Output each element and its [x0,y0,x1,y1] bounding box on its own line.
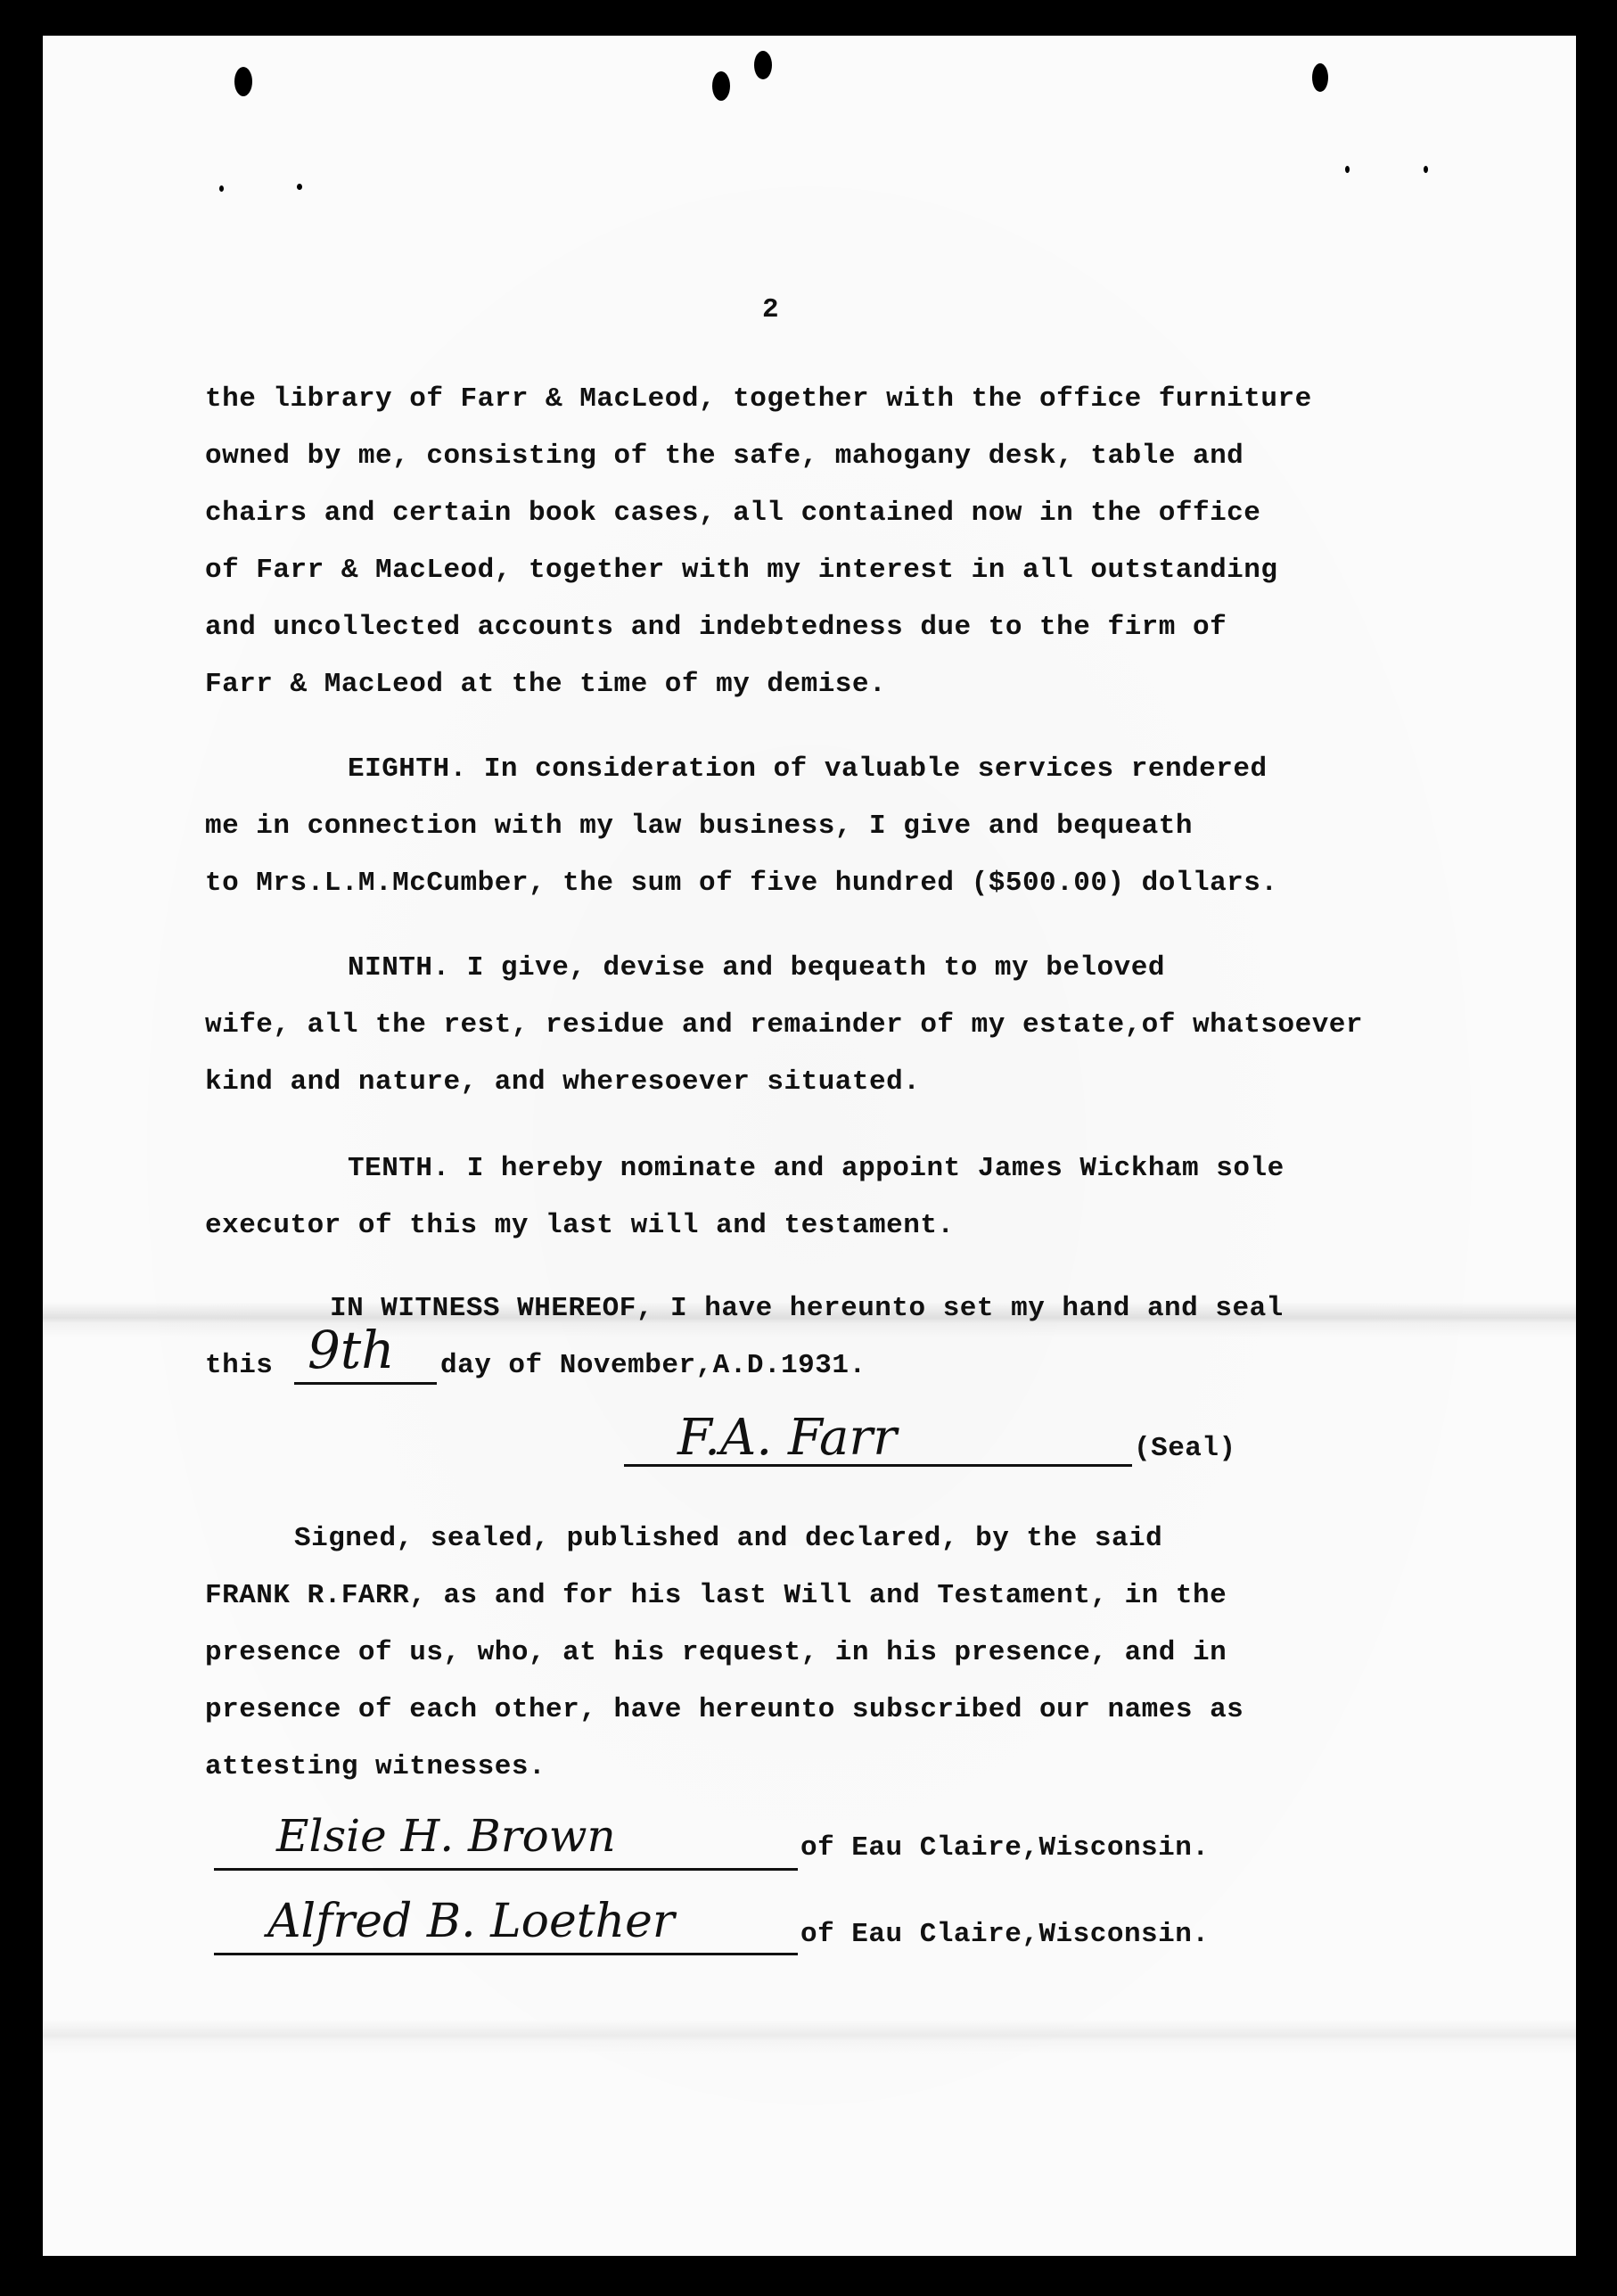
text-line: FRANK R.FARR, as and for his last Will a… [205,1580,1227,1611]
punch-hole-mark [754,51,772,79]
clause-tenth-heading-line: TENTH. I hereby nominate and appoint Jam… [348,1153,1285,1184]
text-line: of Farr & MacLeod, together with my inte… [205,555,1278,586]
text-line: the library of Farr & MacLeod, together … [205,383,1312,415]
text-line: me in connection with my law business, I… [205,811,1193,842]
text-line: presence of us, who, at his request, in … [205,1637,1227,1668]
witness-1-signature: Elsie H. Brown [276,1810,616,1862]
text-line: wife, all the rest, residue and remainde… [205,1009,1363,1041]
ink-speck [1424,166,1428,173]
text-line: to Mrs.L.M.McCumber, the sum of five hun… [205,868,1278,899]
witness-date-text: day of November,A.D.1931. [440,1350,866,1381]
clause-eighth-heading-line: EIGHTH. In consideration of valuable ser… [348,753,1268,785]
punch-hole-mark [234,67,252,96]
witness-1-signature-line [214,1868,798,1871]
punch-hole-mark [1312,63,1328,92]
text-line: owned by me, consisting of the safe, mah… [205,440,1244,472]
witness-1-residence: of Eau Claire,Wisconsin. [800,1832,1209,1864]
ink-speck [219,185,224,192]
witness-this-label: this [205,1350,273,1381]
text-line: chairs and certain book cases, all conta… [205,498,1260,529]
witness-clause-line: IN WITNESS WHEREOF, I have hereunto set … [330,1293,1284,1324]
witness-2-residence: of Eau Claire,Wisconsin. [800,1919,1209,1950]
seal-label: (Seal) [1134,1433,1236,1464]
ink-speck [1345,166,1350,173]
day-blank-line [294,1382,437,1385]
page-number: 2 [762,294,779,325]
text-line: kind and nature, and wheresoever situate… [205,1066,920,1098]
witness-2-signature-line [214,1953,798,1955]
text-line: and uncollected accounts and indebtednes… [205,612,1227,643]
text-line: presence of each other, have hereunto su… [205,1694,1244,1725]
clause-ninth-heading-line: NINTH. I give, devise and bequeath to my… [348,952,1165,983]
text-line: attesting witnesses. [205,1751,546,1782]
text-line: executor of this my last will and testam… [205,1210,955,1241]
witness-2-signature: Alfred B. Loether [267,1895,675,1948]
punch-hole-mark [712,71,730,101]
handwritten-day: 9th [308,1320,395,1380]
text-line: Farr & MacLeod at the time of my demise. [205,669,886,700]
paper-fold-crease [43,2020,1576,2055]
attestation-first-line: Signed, sealed, published and declared, … [294,1523,1162,1554]
testator-signature: F.A. Farr [677,1409,897,1467]
ink-speck [297,184,302,190]
